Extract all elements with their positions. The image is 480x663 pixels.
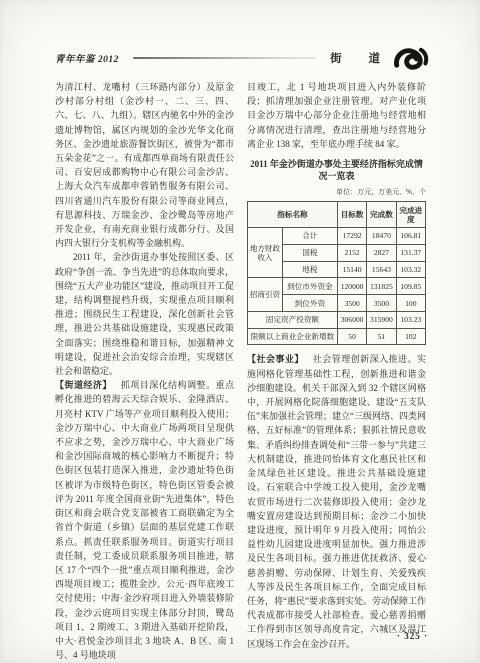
group-label: 招商引资	[248, 278, 283, 312]
col-header-done: 完成数	[367, 202, 396, 228]
table-unit-note: 单位：万元、万美元、%、个	[247, 185, 426, 199]
group-label: 地方财政收入	[248, 228, 283, 278]
progress-value: 102	[396, 328, 425, 345]
section-street-economy: 【街道经济】抓项目深化结构调整。重点孵化推进的碧海云天综合娱乐、金隆酒店、月亮村…	[55, 378, 234, 662]
table-row: 限额以上商业企业新增数 50 51 102	[248, 328, 426, 345]
done-value: 131825	[367, 278, 396, 295]
col-header-indicator: 指标名称	[248, 202, 338, 228]
target-value: 17292	[337, 228, 366, 245]
target-value: 15140	[337, 261, 366, 278]
table-row: 地方财政收入 合计 17292 18470 106.81	[248, 228, 426, 245]
journal-title: 青年年鉴 2012	[55, 51, 119, 65]
body-paragraph: 目竣工，北 1 号地块项目进入内外装修阶段；抓清理加强企业注册管理。对产业化项目…	[247, 80, 426, 151]
sub-label: 合计	[282, 228, 337, 245]
body-paragraph: 为清江村、龙嘴村（三环路内部分）及原金沙村部分村组（金沙村一、二、三、四、六、七…	[55, 80, 234, 250]
done-value: 2827	[367, 244, 396, 261]
done-value: 18470	[367, 228, 396, 245]
progress-value: 131.37	[396, 244, 425, 261]
section-body-text: 抓项目深化结构调整。重点孵化推进的碧海云天综合娱乐、金隆酒店、月亮村 KTV 广…	[55, 380, 234, 660]
sub-label: 到位市外资金	[282, 278, 337, 295]
text-columns: 为清江村、龙嘴村（三环路内部分）及原金沙村部分村组（金沙村一、二、三、四、六、七…	[55, 80, 426, 662]
target-value: 2152	[337, 244, 366, 261]
target-value: 306000	[337, 311, 366, 328]
header-rule	[133, 57, 316, 59]
done-value: 15643	[367, 261, 396, 278]
progress-value: 103.23	[396, 311, 425, 328]
sub-label: 到位外资	[282, 295, 337, 312]
single-label: 固定资产投资额	[248, 311, 338, 328]
col-header-target: 目标数	[337, 202, 366, 228]
scanned-yearbook-page: 青年年鉴 2012 街 道 为清江村、龙嘴村（三环路内部分）及原金沙村部分村组（…	[0, 0, 480, 663]
section-body-text: 社会管理创新深入推进。实施网格化管理基础性工程，创新推进和谐金沙细胞建设。机关干…	[247, 354, 426, 648]
running-head: 青年年鉴 2012 街 道	[55, 44, 430, 72]
table-row: 招商引资 到位市外资金 120000 131825 109.85	[248, 278, 426, 295]
economic-indicator-table: 指标名称 目标数 完成数 完成进度 地方财政收入 合计 17292 18470 …	[247, 201, 426, 345]
table-header-row: 指标名称 目标数 完成数 完成进度	[248, 202, 426, 228]
table-row: 固定资产投资额 306000 315900 103.23	[248, 311, 426, 328]
done-value: 3500	[367, 295, 396, 312]
calligraphic-swirl-icon	[394, 44, 430, 72]
page-number: · 325 ·	[397, 631, 428, 641]
progress-value: 109.85	[396, 278, 425, 295]
right-column: 目竣工，北 1 号地块项目进入内外装修阶段；抓清理加强企业注册管理。对产业化项目…	[247, 80, 426, 662]
progress-value: 106.81	[396, 228, 425, 245]
left-column: 为清江村、龙嘴村（三环路内部分）及原金沙村部分村组（金沙村一、二、三、四、六、七…	[55, 80, 234, 662]
body-paragraph: 2011 年，金沙街道办事处按照区委、区政府“争创一流、争当先进”的总体取向要求…	[55, 250, 234, 378]
section-social-affairs: 【社会事业】社会管理创新深入推进。实施网格化管理基础性工程，创新推进和谐金沙细胞…	[247, 352, 426, 650]
progress-value: 103.32	[396, 261, 425, 278]
section-label: 街 道	[330, 50, 392, 66]
done-value: 51	[367, 328, 396, 345]
target-value: 3500	[337, 295, 366, 312]
sub-label: 国税	[282, 244, 337, 261]
done-value: 315900	[367, 311, 396, 328]
target-value: 120000	[337, 278, 366, 295]
table-title: 2011 年金沙街道办事处主要经济指标完成情况一览表	[247, 158, 426, 182]
single-label: 限额以上商业企业新增数	[248, 328, 338, 345]
sub-label: 地税	[282, 261, 337, 278]
section-heading: 【街道经济】	[55, 380, 121, 390]
progress-value: 100	[396, 295, 425, 312]
target-value: 50	[337, 328, 366, 345]
section-heading: 【社会事业】	[247, 354, 313, 364]
col-header-progress: 完成进度	[396, 202, 425, 228]
